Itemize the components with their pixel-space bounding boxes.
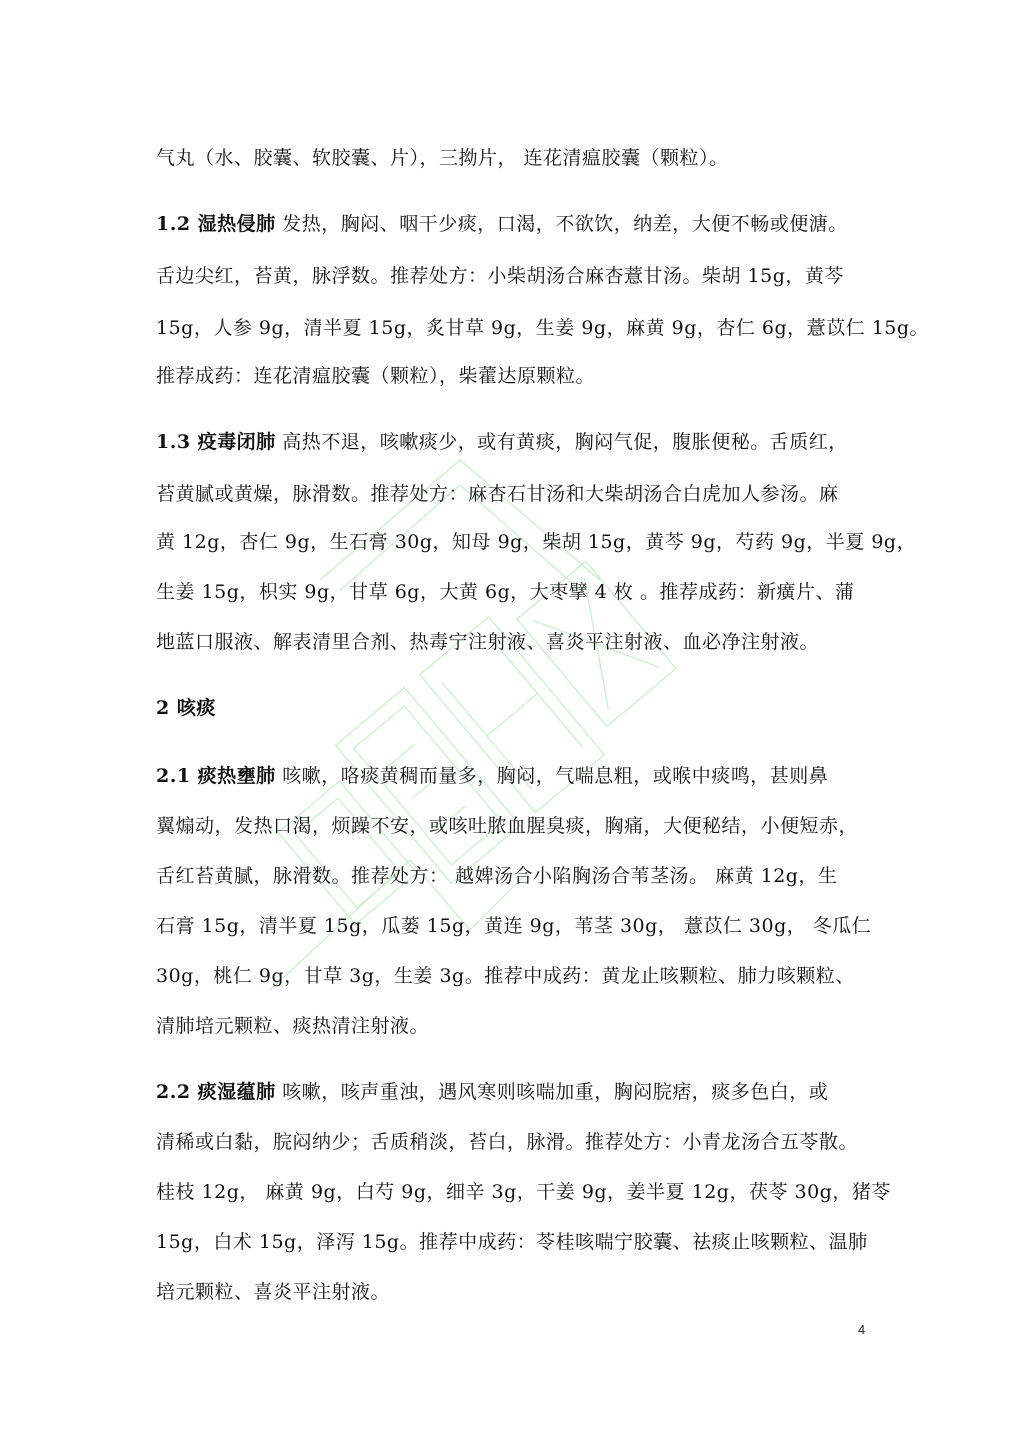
text-line: 15g，人参 9g，清半夏 15g，炙甘草 9g，生姜 9g，麻黄 9g，杏仁 … [156, 316, 929, 340]
text-line: 翼煽动，发热口渴，烦躁不安，或咳吐脓血腥臭痰，胸痛，大便秘结，小便短赤， [156, 814, 858, 838]
text-line: 苔黄腻或黄燥，脉滑数。推荐处方：麻杏石甘汤和大柴胡汤合白虎加人参汤。麻 [156, 482, 839, 506]
section-1-2-line: 1.2 湿热侵肺 发热，胸闷、咽干少痰，口渴，不欲饮，纳差，大便不畅或便溏。 [156, 212, 848, 236]
section-2-1-line: 2.1 痰热壅肺 咳嗽，咯痰黄稠而量多，胸闷，气喘息粗，或喉中痰鸣，甚则鼻 [156, 764, 828, 788]
section-heading: 1.2 湿热侵肺 [156, 213, 276, 235]
section-heading: 2.2 痰湿蕴肺 [156, 1081, 276, 1103]
section-heading: 1.3 疫毒闭肺 [156, 431, 276, 453]
text-line: 气丸（水、胶囊、软胶囊、片），三拗片， 连花清瘟胶囊（颗粒）。 [156, 146, 729, 170]
text-line: 桂枝 12g， 麻黄 9g，白芍 9g，细辛 3g，干姜 9g，姜半夏 12g，… [156, 1180, 891, 1204]
page-number: 4 [858, 1322, 865, 1337]
text-line: 培元颗粒、喜炎平注射液。 [156, 1280, 390, 1304]
text-line: 生姜 15g，枳实 9g，甘草 6g，大黄 6g，大枣擘 4 枚 。推荐成药：新… [156, 580, 854, 604]
section-1-3-line: 1.3 疫毒闭肺 高热不退，咳嗽痰少，或有黄痰，胸闷气促，腹胀便秘。舌质红， [156, 430, 848, 454]
document-page: 气丸（水、胶囊、软胶囊、片），三拗片， 连花清瘟胶囊（颗粒）。 1.2 湿热侵肺… [0, 0, 1024, 1448]
text-line: 舌边尖红，苔黄，脉浮数。推荐处方：小柴胡汤合麻杏薏甘汤。柴胡 15g，黄芩 [156, 264, 844, 288]
text-line: 黄 12g，杏仁 9g，生石膏 30g，知母 9g，柴胡 15g，黄芩 9g，芍… [156, 530, 916, 554]
text-line: 推荐成药：连花清瘟胶囊（颗粒），柴藿达原颗粒。 [156, 364, 595, 388]
text-line: 地蓝口服液、解表清里合剂、热毒宁注射液、喜炎平注射液、血必净注射液。 [156, 630, 819, 654]
section-2-heading: 2 咳痰 [156, 696, 216, 720]
text-line: 15g，白术 15g，泽泻 15g。推荐中成药：苓桂咳喘宁胶囊、祛痰止咳颗粒、温… [156, 1230, 868, 1254]
text-line: 30g，桃仁 9g，甘草 3g，生姜 3g。推荐中成药：黄龙止咳颗粒、肺力咳颗粒… [156, 964, 855, 988]
text-line: 石膏 15g，清半夏 15g，瓜蒌 15g，黄连 9g，苇茎 30g， 薏苡仁 … [156, 914, 871, 938]
text-line: 清肺培元颗粒、痰热清注射液。 [156, 1014, 429, 1038]
section-heading: 2.1 痰热壅肺 [156, 765, 276, 787]
section-2-2-line: 2.2 痰湿蕴肺 咳嗽，咳声重浊，遇风寒则咳喘加重，胸闷脘痞，痰多色白，或 [156, 1080, 828, 1104]
text-line: 舌红苔黄腻，脉滑数。推荐处方： 越婢汤合小陷胸汤合苇茎汤。 麻黄 12g，生 [156, 864, 837, 888]
text-line: 清稀或白黏，脘闷纳少；舌质稍淡，苔白，脉滑。推荐处方：小青龙汤合五苓散。 [156, 1130, 858, 1154]
section-heading: 2 咳痰 [156, 697, 216, 719]
